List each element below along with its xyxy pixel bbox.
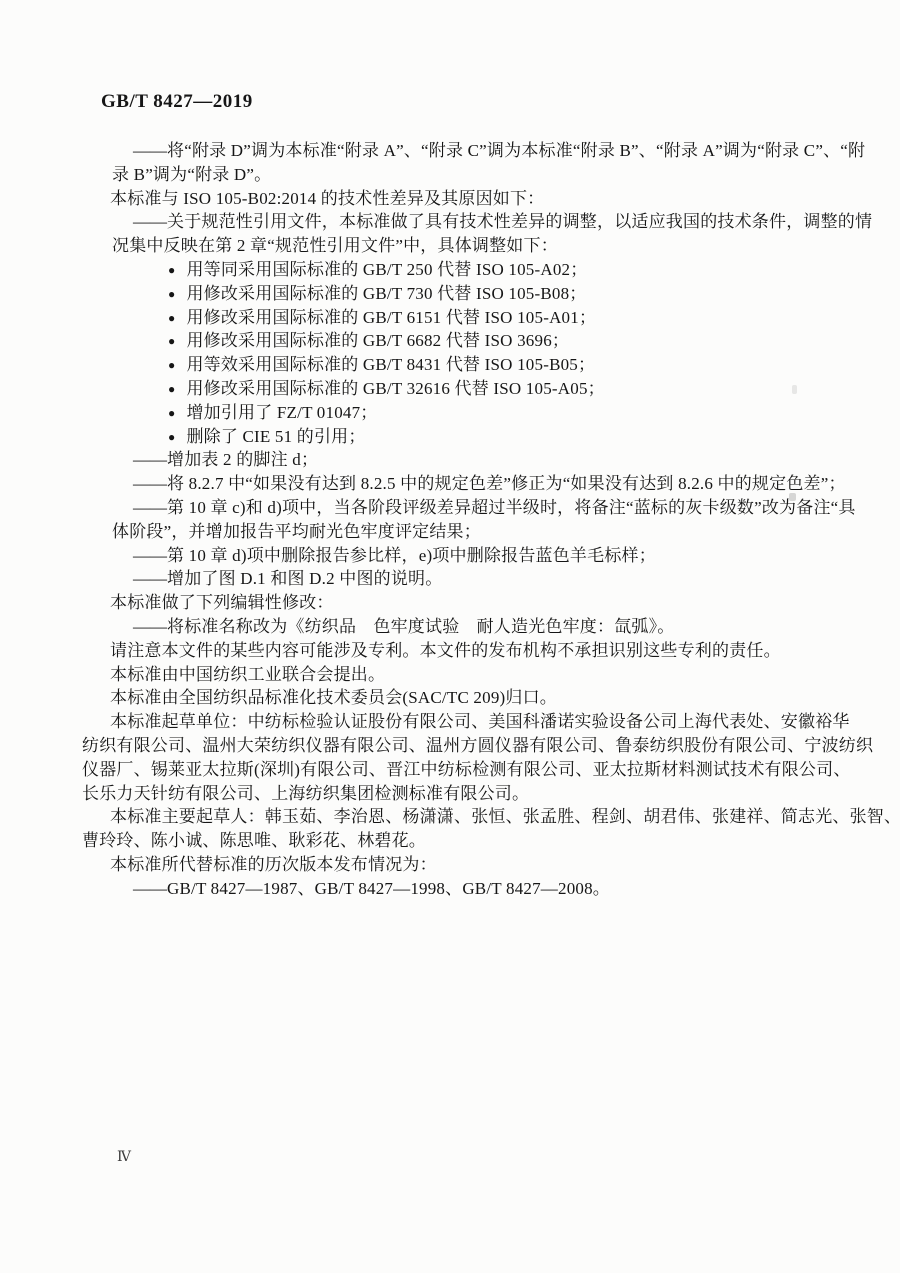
dash-marker: —— bbox=[133, 569, 167, 588]
text-line-content: 增加引用了 FZ/T 01047； bbox=[186, 403, 377, 422]
text-line-content: 关于规范性引用文件，本标准做了具有技术性差异的调整，以适应我国的技术条件，调整的… bbox=[167, 212, 872, 231]
text-line-content: 用修改采用国际标准的 GB/T 6682 代替 ISO 3696； bbox=[186, 331, 569, 350]
text-line: ——增加了图 D.1 和图 D.2 中图的说明。 bbox=[133, 567, 822, 591]
text-line-content: 删除了 CIE 51 的引用； bbox=[186, 427, 365, 446]
scan-artifact bbox=[789, 493, 796, 501]
text-line: 仪器厂、锡莱亚太拉斯(深圳)有限公司、晋江中纺标检测有限公司、亚太拉斯材料测试技… bbox=[82, 758, 822, 782]
bullet-icon: ● bbox=[168, 358, 175, 372]
dash-marker: —— bbox=[133, 212, 167, 231]
text-line: ●用修改采用国际标准的 GB/T 730 代替 ISO 105-B08； bbox=[168, 282, 822, 306]
bullet-icon: ● bbox=[168, 263, 175, 277]
bullet-icon: ● bbox=[168, 311, 175, 325]
text-line-content: 本标准做了下列编辑性修改： bbox=[110, 593, 334, 612]
text-line-content: 本标准主要起草人：韩玉茹、李治恩、杨潇潇、张恒、张孟胜、程剑、胡君伟、张建祥、简… bbox=[110, 807, 900, 826]
scan-artifact bbox=[792, 385, 797, 394]
text-line-content: 录 B”调为“附录 D”。 bbox=[112, 165, 271, 184]
text-line-content: 仪器厂、锡莱亚太拉斯(深圳)有限公司、晋江中纺标检测有限公司、亚太拉斯材料测试技… bbox=[82, 760, 851, 779]
text-line: 本标准由全国纺织品标准化技术委员会(SAC/TC 209)归口。 bbox=[110, 686, 822, 710]
text-line: 本标准所代替标准的历次版本发布情况为： bbox=[110, 853, 822, 877]
text-line: 本标准主要起草人：韩玉茹、李治恩、杨潇潇、张恒、张孟胜、程剑、胡君伟、张建祥、简… bbox=[110, 805, 822, 829]
text-line: 本标准做了下列编辑性修改： bbox=[110, 591, 822, 615]
text-line-content: 况集中反映在第 2 章“规范性引用文件”中，具体调整如下： bbox=[112, 236, 558, 255]
text-line: ●用等效采用国际标准的 GB/T 8431 代替 ISO 105-B05； bbox=[168, 353, 822, 377]
text-line: 本标准由中国纺织工业联合会提出。 bbox=[110, 663, 822, 687]
text-line: 录 B”调为“附录 D”。 bbox=[112, 163, 822, 187]
text-line: ——增加表 2 的脚注 d； bbox=[133, 448, 822, 472]
text-line: ——将 8.2.7 中“如果没有达到 8.2.5 中的规定色差”修正为“如果没有… bbox=[133, 472, 822, 496]
text-line-content: GB/T 8427—1987、GB/T 8427—1998、GB/T 8427—… bbox=[167, 879, 610, 898]
text-line: ●增加引用了 FZ/T 01047； bbox=[168, 401, 822, 425]
text-line-content: 用修改采用国际标准的 GB/T 730 代替 ISO 105-B08； bbox=[186, 284, 586, 303]
text-line: ——关于规范性引用文件，本标准做了具有技术性差异的调整，以适应我国的技术条件，调… bbox=[133, 210, 822, 234]
text-line-content: 本标准由全国纺织品标准化技术委员会(SAC/TC 209)归口。 bbox=[110, 688, 557, 707]
text-line: 请注意本文件的某些内容可能涉及专利。本文件的发布机构不承担识别这些专利的责任。 bbox=[110, 639, 822, 663]
bullet-icon: ● bbox=[168, 334, 175, 348]
text-line: ——第 10 章 d)项中删除报告参比样，e)项中删除报告蓝色羊毛标样； bbox=[133, 544, 822, 568]
text-line: ●用等同采用国际标准的 GB/T 250 代替 ISO 105-A02； bbox=[168, 258, 822, 282]
text-line: 纺织有限公司、温州大荣纺织仪器有限公司、温州方圆仪器有限公司、鲁泰纺织股份有限公… bbox=[82, 734, 822, 758]
text-line: 本标准与 ISO 105-B02:2014 的技术性差异及其原因如下： bbox=[110, 187, 822, 211]
text-line: ——GB/T 8427—1987、GB/T 8427—1998、GB/T 842… bbox=[133, 877, 822, 901]
text-line-content: 将 8.2.7 中“如果没有达到 8.2.5 中的规定色差”修正为“如果没有达到… bbox=[167, 474, 846, 493]
bullet-icon: ● bbox=[168, 406, 175, 420]
text-line: ——将“附录 D”调为本标准“附录 A”、“附录 C”调为本标准“附录 B”、“… bbox=[133, 139, 822, 163]
bullet-icon: ● bbox=[168, 430, 175, 444]
text-line-content: 增加了图 D.1 和图 D.2 中图的说明。 bbox=[167, 569, 442, 588]
text-line-content: 第 10 章 c)和 d)项中，当各阶段评级差异超过半级时，将备注“蓝标的灰卡级… bbox=[167, 498, 856, 517]
text-line: ●用修改采用国际标准的 GB/T 6151 代替 ISO 105-A01； bbox=[168, 306, 822, 330]
text-line-content: 长乐力天针纺有限公司、上海纺织集团检测标准有限公司。 bbox=[82, 784, 529, 803]
dash-marker: —— bbox=[133, 498, 167, 517]
foreword-content: ——将“附录 D”调为本标准“附录 A”、“附录 C”调为本标准“附录 B”、“… bbox=[82, 139, 822, 901]
text-line: ●用修改采用国际标准的 GB/T 32616 代替 ISO 105-A05； bbox=[168, 377, 822, 401]
text-line-content: 用修改采用国际标准的 GB/T 6151 代替 ISO 105-A01； bbox=[186, 308, 596, 327]
text-line-content: 将标准名称改为《纺织品 色牢度试验 耐人造光色牢度：氙弧》。 bbox=[167, 617, 675, 636]
text-line-content: 本标准所代替标准的历次版本发布情况为： bbox=[110, 855, 437, 874]
text-line-content: 用等同采用国际标准的 GB/T 250 代替 ISO 105-A02； bbox=[186, 260, 587, 279]
text-line: ——将标准名称改为《纺织品 色牢度试验 耐人造光色牢度：氙弧》。 bbox=[133, 615, 822, 639]
text-line-content: 曹玲玲、陈小诚、陈思唯、耿彩花、林碧花。 bbox=[82, 831, 426, 850]
document-page: GB/T 8427—2019 ——将“附录 D”调为本标准“附录 A”、“附录 … bbox=[0, 0, 900, 1273]
text-line-content: 本标准起草单位：中纺标检验认证股份有限公司、美国科潘诺实验设备公司上海代表处、安… bbox=[110, 712, 850, 731]
text-line: 体阶段”，并增加报告平均耐光色牢度评定结果； bbox=[112, 520, 822, 544]
dash-marker: —— bbox=[133, 450, 167, 469]
text-line: 曹玲玲、陈小诚、陈思唯、耿彩花、林碧花。 bbox=[82, 829, 822, 853]
text-line: ——第 10 章 c)和 d)项中，当各阶段评级差异超过半级时，将备注“蓝标的灰… bbox=[133, 496, 822, 520]
text-line-content: 体阶段”，并增加报告平均耐光色牢度评定结果； bbox=[112, 522, 481, 541]
text-line: 本标准起草单位：中纺标检验认证股份有限公司、美国科潘诺实验设备公司上海代表处、安… bbox=[110, 710, 822, 734]
dash-marker: —— bbox=[133, 617, 167, 636]
text-line-content: 本标准与 ISO 105-B02:2014 的技术性差异及其原因如下： bbox=[110, 189, 544, 208]
text-line: ●用修改采用国际标准的 GB/T 6682 代替 ISO 3696； bbox=[168, 329, 822, 353]
dash-marker: —— bbox=[133, 879, 167, 898]
dash-marker: —— bbox=[133, 546, 167, 565]
bullet-icon: ● bbox=[168, 287, 175, 301]
standard-number-header: GB/T 8427—2019 bbox=[101, 91, 253, 113]
text-line-content: 纺织有限公司、温州大荣纺织仪器有限公司、温州方圆仪器有限公司、鲁泰纺织股份有限公… bbox=[82, 736, 873, 755]
text-line-content: 第 10 章 d)项中删除报告参比样，e)项中删除报告蓝色羊毛标样； bbox=[167, 546, 656, 565]
text-line: ●删除了 CIE 51 的引用； bbox=[168, 425, 822, 449]
text-line-content: 请注意本文件的某些内容可能涉及专利。本文件的发布机构不承担识别这些专利的责任。 bbox=[110, 641, 781, 660]
text-line-content: 本标准由中国纺织工业联合会提出。 bbox=[110, 665, 385, 684]
text-line-content: 用修改采用国际标准的 GB/T 32616 代替 ISO 105-A05； bbox=[186, 379, 604, 398]
text-line-content: 用等效采用国际标准的 GB/T 8431 代替 ISO 105-B05； bbox=[186, 355, 595, 374]
dash-marker: —— bbox=[133, 474, 167, 493]
page-number: Ⅳ bbox=[117, 1148, 131, 1168]
text-line: 况集中反映在第 2 章“规范性引用文件”中，具体调整如下： bbox=[112, 234, 822, 258]
bullet-icon: ● bbox=[168, 382, 175, 396]
text-line-content: 增加表 2 的脚注 d； bbox=[167, 450, 318, 469]
text-line-content: 将“附录 D”调为本标准“附录 A”、“附录 C”调为本标准“附录 B”、“附录… bbox=[167, 141, 865, 160]
text-line: 长乐力天针纺有限公司、上海纺织集团检测标准有限公司。 bbox=[82, 782, 822, 806]
dash-marker: —— bbox=[133, 141, 167, 160]
